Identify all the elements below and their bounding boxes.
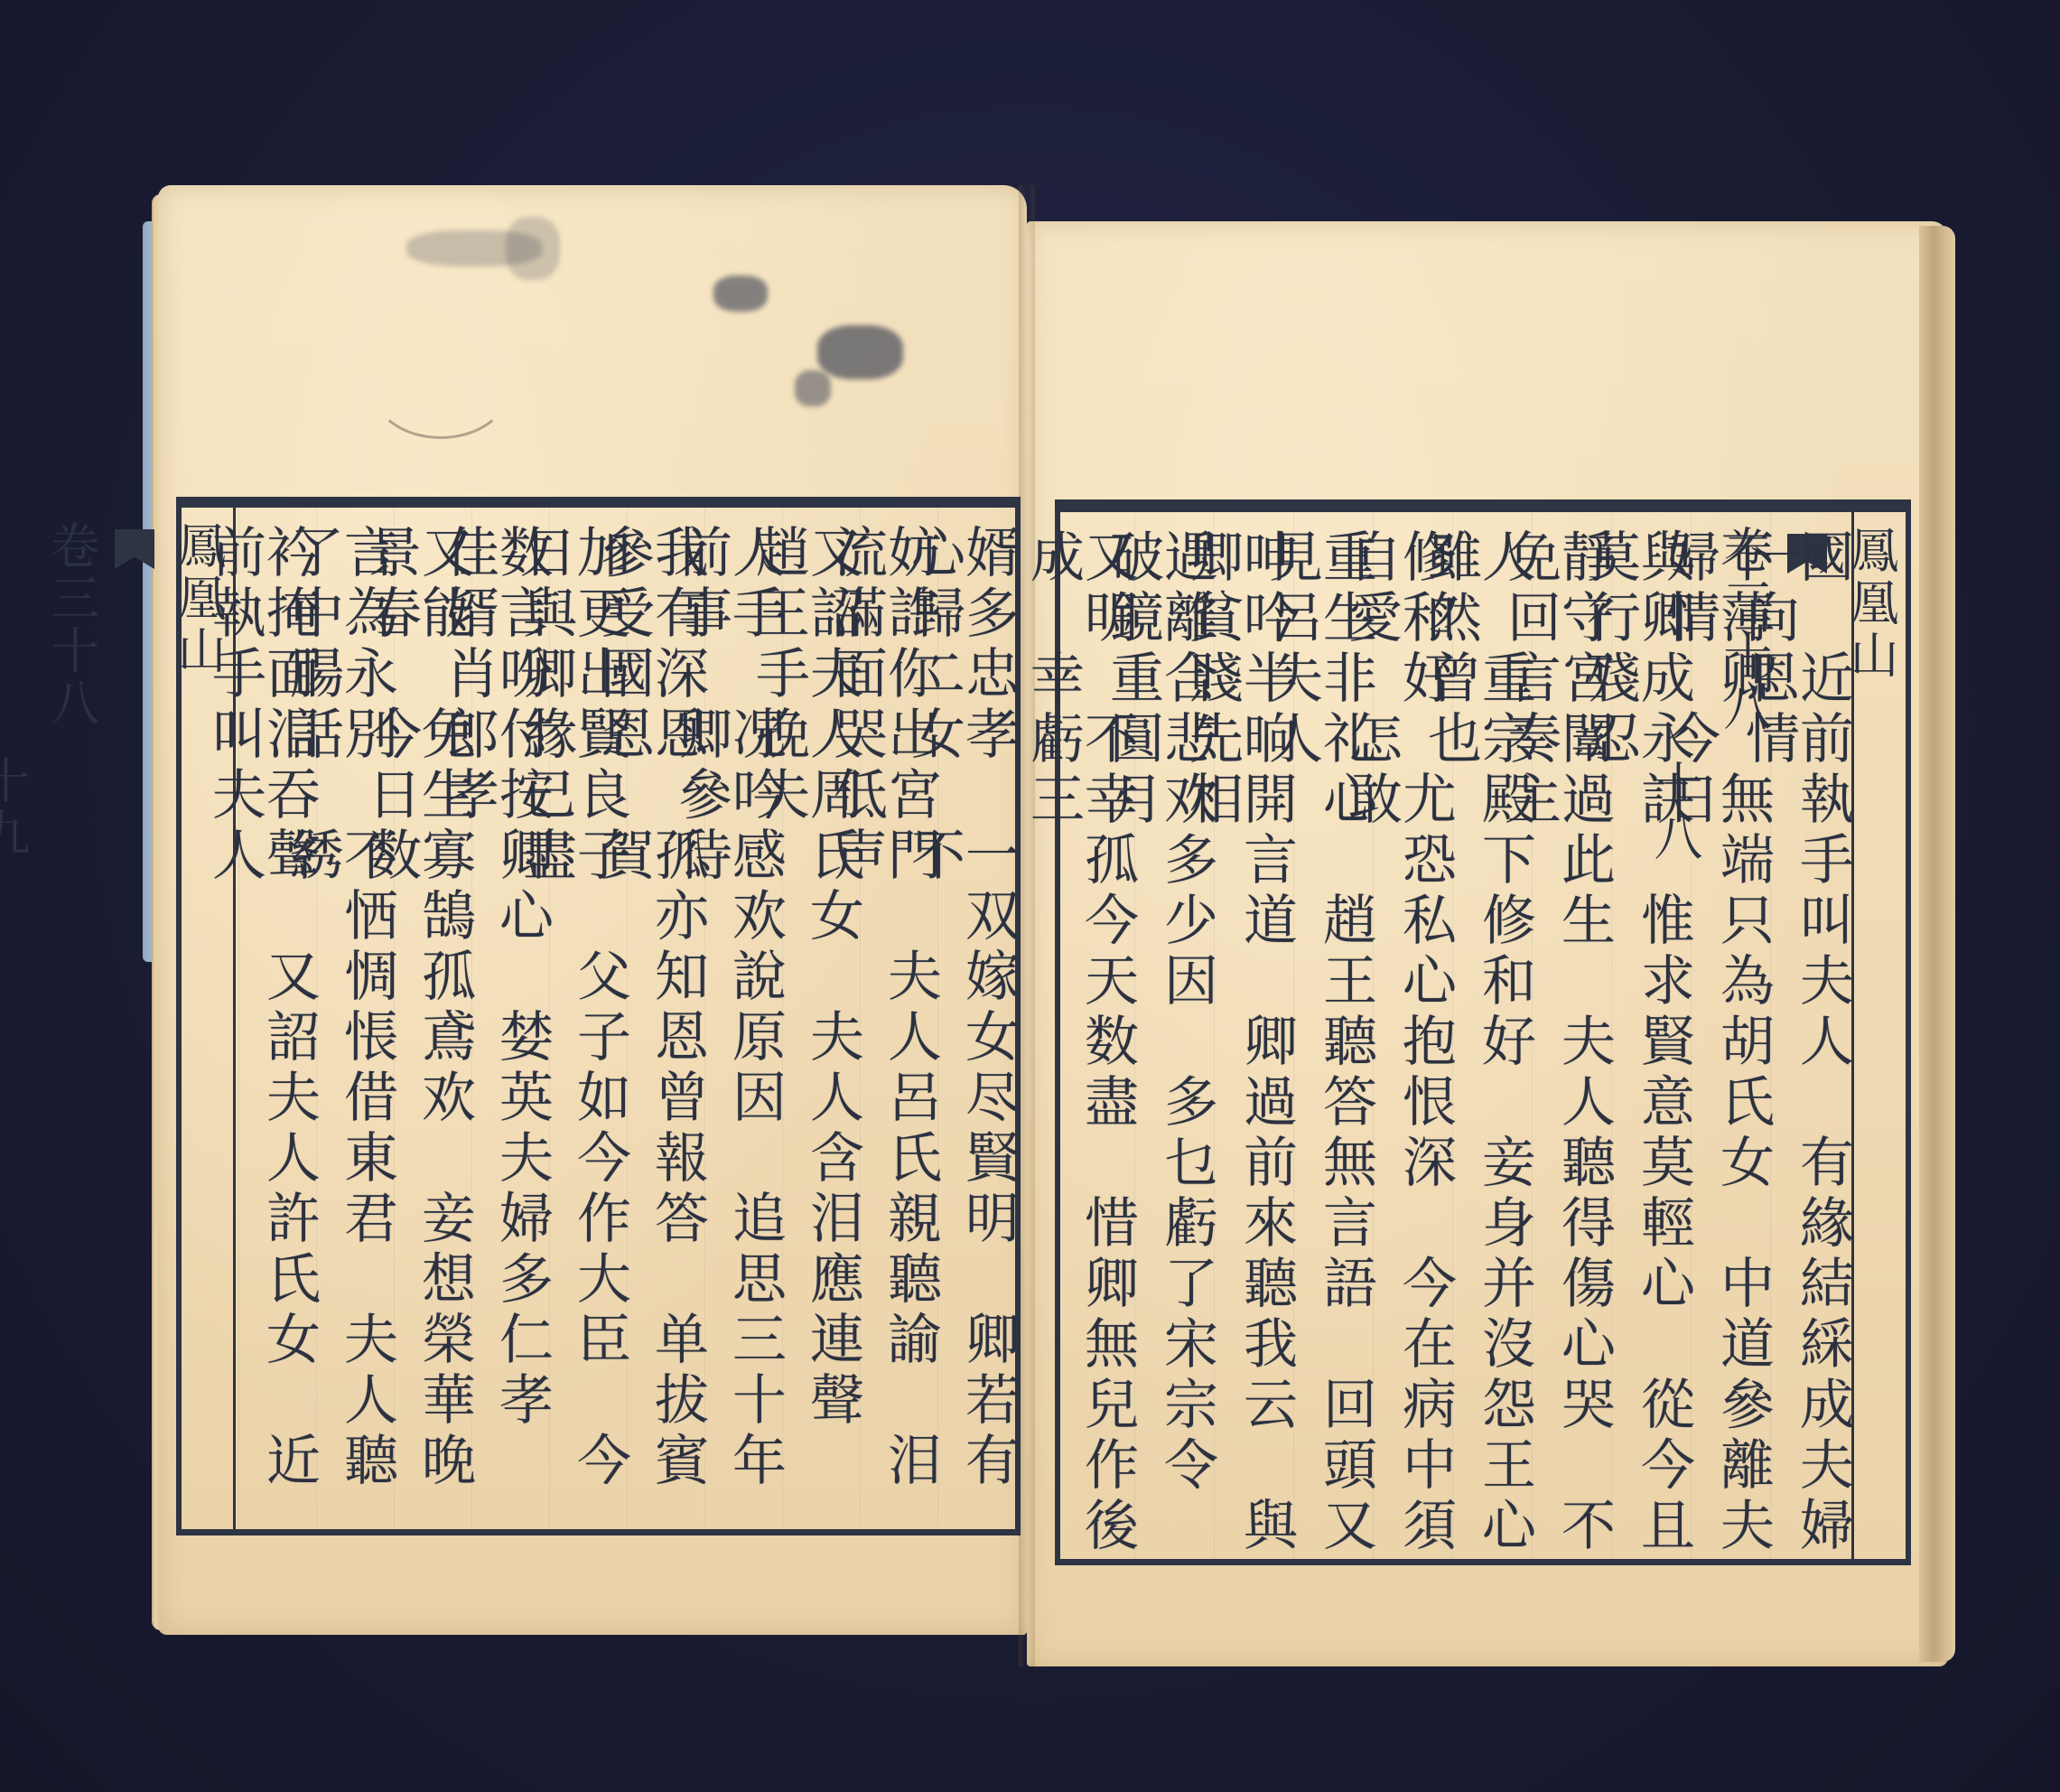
- open-book: 鳳凰山 卷三十八 十九 婿多忠孝 一双嫁女尽賢明 卿若有心歸二女 不 妨許你出宮…: [0, 0, 2060, 1792]
- volume-label: 卷三十八: [37, 520, 107, 1529]
- folio-number: 十九: [0, 755, 37, 1529]
- right-page-stack: [1919, 226, 1955, 1662]
- ink-smudge: [713, 275, 768, 312]
- left-page-text: 婿多忠孝 一双嫁女尽賢明 卿若有心歸二女 不 妨許你出宮門 夫人呂氏親聽諭 泪流…: [245, 508, 1015, 1529]
- ink-smudge: [817, 325, 903, 379]
- text-column: 婿多忠孝 一双嫁女尽賢明 卿若有心歸二女 不: [937, 508, 1015, 1529]
- right-text-frame: 鳳凰山 卷三十八 十八 國 近前執手叫夫人 有緣結綵成夫婦 一向恩情 不薄卿 無…: [1055, 499, 1911, 1565]
- stain-arc: [370, 334, 511, 439]
- book-gutter: [1019, 185, 1035, 1666]
- right-page-margin: 鳳凰山 卷三十八 十八: [1851, 512, 1906, 1559]
- ink-smudge: [795, 370, 831, 406]
- ink-smudge: [506, 217, 560, 280]
- left-text-frame: 鳳凰山 卷三十八 十九 婿多忠孝 一双嫁女尽賢明 卿若有心歸二女 不 妨許你出宮…: [176, 497, 1021, 1535]
- fishtail-mark-icon: [115, 529, 154, 569]
- right-page-text: 國 近前執手叫夫人 有緣結綵成夫婦 一向恩情 不薄卿 無端只為胡氏女 中道參離夫…: [1060, 512, 1850, 1559]
- text-column: 國 近前執手叫夫人 有緣結綵成夫婦 一向恩情: [1770, 512, 1850, 1559]
